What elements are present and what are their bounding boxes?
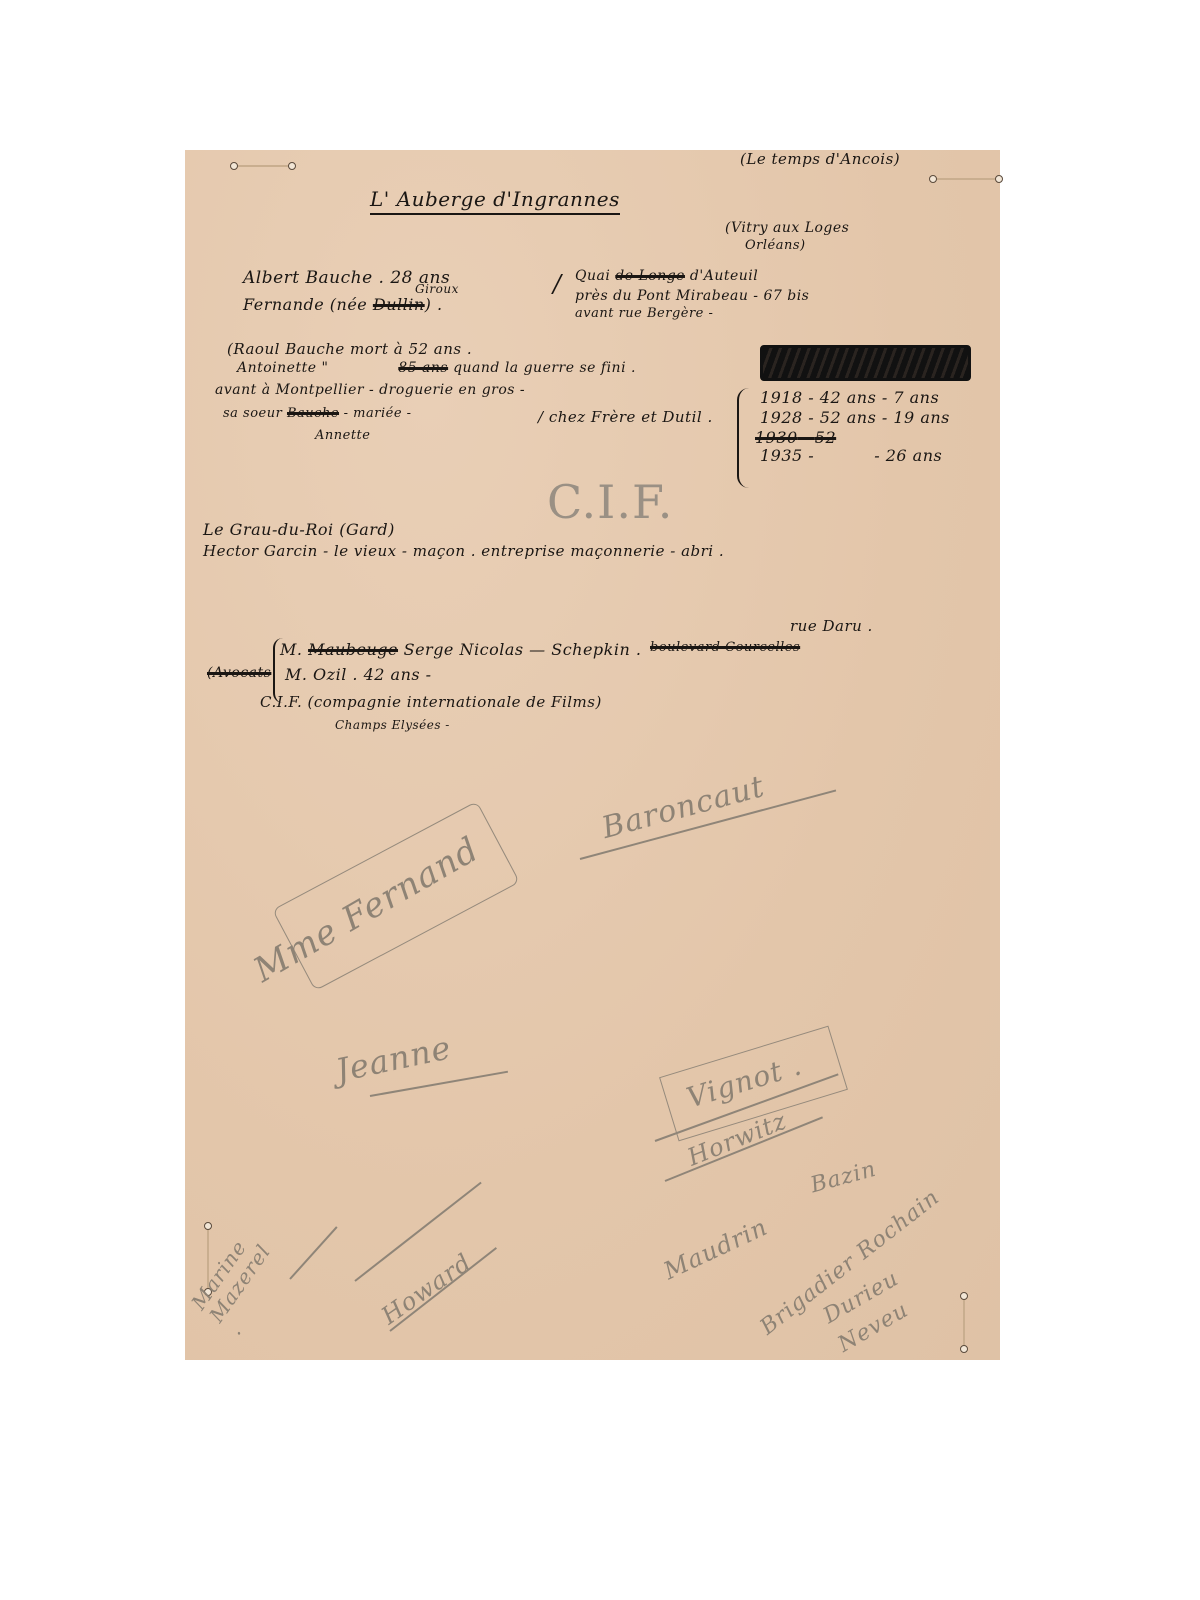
pencil-name-baroncaut: Baroncaut	[598, 769, 768, 846]
timeline-row-1935: 1935 -- 26 ans	[760, 446, 942, 465]
duration: 7 ans	[893, 388, 939, 407]
timeline-brace	[737, 388, 749, 488]
antoinette-name: Antoinette "	[237, 360, 328, 376]
age: 52	[815, 428, 836, 447]
address-line1: Quai de Longe d'Auteuil	[575, 268, 758, 284]
chez-line: / chez Frère et Dutil .	[538, 408, 713, 426]
subtitle-line1: (Vitry aux Loges	[725, 220, 849, 236]
timeline-row-1930: 1930 - 52	[755, 428, 880, 447]
fernande-text: Fernande (née	[243, 295, 367, 314]
antoinette-end: quand la guerre se fini .	[453, 360, 636, 376]
age: 52 ans	[820, 408, 877, 427]
address-line2: près du Pont Mirabeau - 67 bis	[575, 288, 809, 304]
fernande-struck: Dullin	[373, 295, 425, 314]
duration: 19 ans	[893, 408, 950, 427]
manuscript-page: (Le temps d'Ancois) L' Auberge d'Ingrann…	[185, 150, 1000, 1360]
fernande-close: ) .	[425, 295, 443, 314]
binding-stitch-bottom-right	[963, 1295, 965, 1350]
soeur-text: sa soeur	[223, 406, 282, 421]
timeline-row-1918: 1918 - 42 ans - 7 ans	[760, 388, 939, 407]
address-line3: avant rue Bergère -	[575, 306, 713, 321]
ozil-line: M. Ozil . 42 ans -	[285, 665, 432, 684]
rue-struck: boulevard Courcelles	[650, 640, 910, 655]
pencil-name-howard: Howard	[376, 1248, 476, 1330]
fernande-insert: Giroux	[415, 282, 459, 296]
address-auteuil: d'Auteuil	[690, 268, 758, 284]
rue-daru: rue Daru .	[790, 617, 873, 635]
pencil-name-bazin: Bazin	[808, 1157, 879, 1199]
paren-struck: (Avocats	[207, 665, 271, 681]
location-line: Le Grau-du-Roi (Gard)	[203, 520, 395, 539]
soeur-end: - mariée -	[344, 406, 412, 421]
age: 42 ans	[820, 388, 877, 407]
struck-timeline-header	[760, 345, 971, 381]
avocats-struck: (Avocats	[207, 665, 271, 681]
year: 1918	[760, 388, 803, 407]
page-title: L' Auberge d'Ingrannes	[370, 187, 620, 215]
duration: 26 ans	[886, 446, 943, 465]
mazerel-underline	[289, 1226, 337, 1279]
soeur-struck: Bauche	[287, 406, 339, 421]
maubeuge-struck: Maubeuge	[308, 640, 398, 659]
binding-stitch-top-left	[233, 165, 293, 167]
antoinette-struck: 85 ans	[398, 360, 448, 376]
annette: Annette	[315, 428, 370, 443]
address-divider: /	[553, 270, 562, 298]
year: 1928	[760, 408, 803, 427]
hector-line: Hector Garcin - le vieux - maçon . entre…	[203, 542, 724, 560]
prefix: M.	[280, 640, 302, 659]
champs-line: Champs Elysées -	[335, 718, 450, 732]
binding-stitch-top-right	[932, 178, 1000, 180]
nicolas-line: M. Maubeuge Serge Nicolas — Schepkin .	[280, 640, 641, 659]
year: 1935	[760, 446, 803, 465]
pencil-name-marine-mazerel: Marine Mazerel .	[187, 1227, 293, 1339]
montpellier-line: avant à Montpellier - droguerie en gros …	[215, 382, 525, 398]
cif-line: C.I.F. (compagnie internationale de Film…	[260, 693, 602, 711]
address-quai: Quai	[575, 268, 610, 284]
nicolas-text: Serge Nicolas — Schepkin .	[404, 640, 642, 659]
soeur-line: sa soeur Bauche - mariée -	[223, 406, 412, 421]
year: 1930	[755, 428, 798, 447]
address-struck: de Longe	[615, 268, 685, 284]
raoul-line: (Raoul Bauche mort à 52 ans .	[227, 340, 472, 358]
antoinette-line: Antoinette " 85 ans quand la guerre se f…	[237, 360, 636, 376]
timeline-row-1928: 1928 - 52 ans - 19 ans	[760, 408, 950, 427]
pencil-name-jeanne: Jeanne	[332, 1028, 454, 1089]
pencil-name-maudrin: Maudrin	[659, 1213, 772, 1285]
cif-pencil: C.I.F.	[547, 475, 673, 529]
fernande-line: Fernande (née Dullin) .	[243, 295, 443, 314]
subtitle-line2: Orléans)	[745, 238, 806, 253]
top-note: (Le temps d'Ancois)	[740, 150, 900, 168]
